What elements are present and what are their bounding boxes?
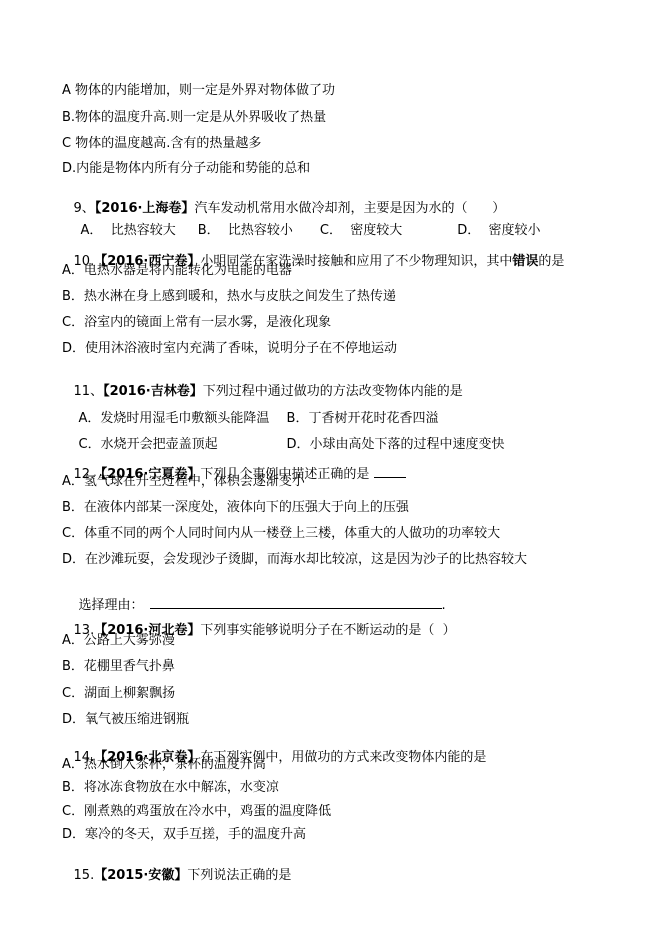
q8-option-c: C 物体的温度越高.含有的热量越多 [62, 135, 261, 152]
q12-option-b: B．在液体内部某一深度处，液体向下的压强大于向上的压强 [62, 499, 409, 516]
q15-stem-text: 下列说法正确的是 [187, 868, 291, 883]
q10-option-d: D．使用沐浴液时室内充满了香味，说明分子在不停地运动 [62, 340, 397, 357]
q12-option-a: A．氢气球在升空过程中，体积会逐渐变小 [62, 473, 305, 490]
q13-option-a: A．公路上大雾弥漫 [62, 632, 175, 649]
q13-option-d: D．氧气被压缩进钢瓶 [62, 711, 189, 728]
q10-option-b: B．热水淋在身上感到暖和，热水与皮肤之间发生了热传递 [62, 288, 396, 305]
q15-number: 15. [74, 868, 95, 883]
q12-answer-blank [374, 463, 406, 478]
q12-option-c: C．体重不同的两个人同时间内从一楼登上三楼，体重大的人做功的功率较大 [62, 525, 500, 542]
q15-stem: 15.【2015·安徽】下列说法正确的是 [57, 850, 291, 901]
q14-option-b: B．将冰冻食物放在水中解冻，水变凉 [62, 779, 279, 796]
q14-option-c: C．刚煮熟的鸡蛋放在冷水中，鸡蛋的温度降低 [62, 803, 331, 820]
q14-option-a: A．热水倒入茶杯，茶杯的温度升高 [62, 756, 266, 773]
q8-option-b: B.物体的温度升高.则一定是从外界吸收了热量 [62, 109, 326, 126]
q10-option-c: C．浴室内的镜面上常有一层水雾，是液化现象 [62, 314, 331, 331]
document-page: A 物体的内能增加，则一定是外界对物体做了功 B.物体的温度升高.则一定是从外界… [0, 0, 661, 935]
q13-option-c: C．湖面上柳絮飘扬 [62, 685, 175, 702]
q8-option-a: A 物体的内能增加，则一定是外界对物体做了功 [62, 82, 335, 99]
q14-option-d: D．寒冷的冬天，双手互搓，手的温度升高 [62, 826, 306, 843]
q12-option-d: D．在沙滩玩耍，会发现沙子烫脚，而海水却比较凉，这是因为沙子的比热容较大 [62, 551, 527, 568]
q13-option-b: B．花棚里香气扑鼻 [62, 658, 175, 675]
q10-stem-after: 的是 [538, 254, 564, 269]
q8-option-d: D.内能是物体内所有分子动能和势能的总和 [62, 160, 310, 177]
q13-stem-text: 下列事实能够说明分子在不断运动的是（ ） [200, 623, 455, 638]
q15-source: 【2015·安徽】 [94, 868, 187, 883]
q10-stem-bold: 错误 [512, 254, 538, 269]
q10-option-a: A．电热水器是将内能转化为电能的电器 [62, 262, 292, 279]
